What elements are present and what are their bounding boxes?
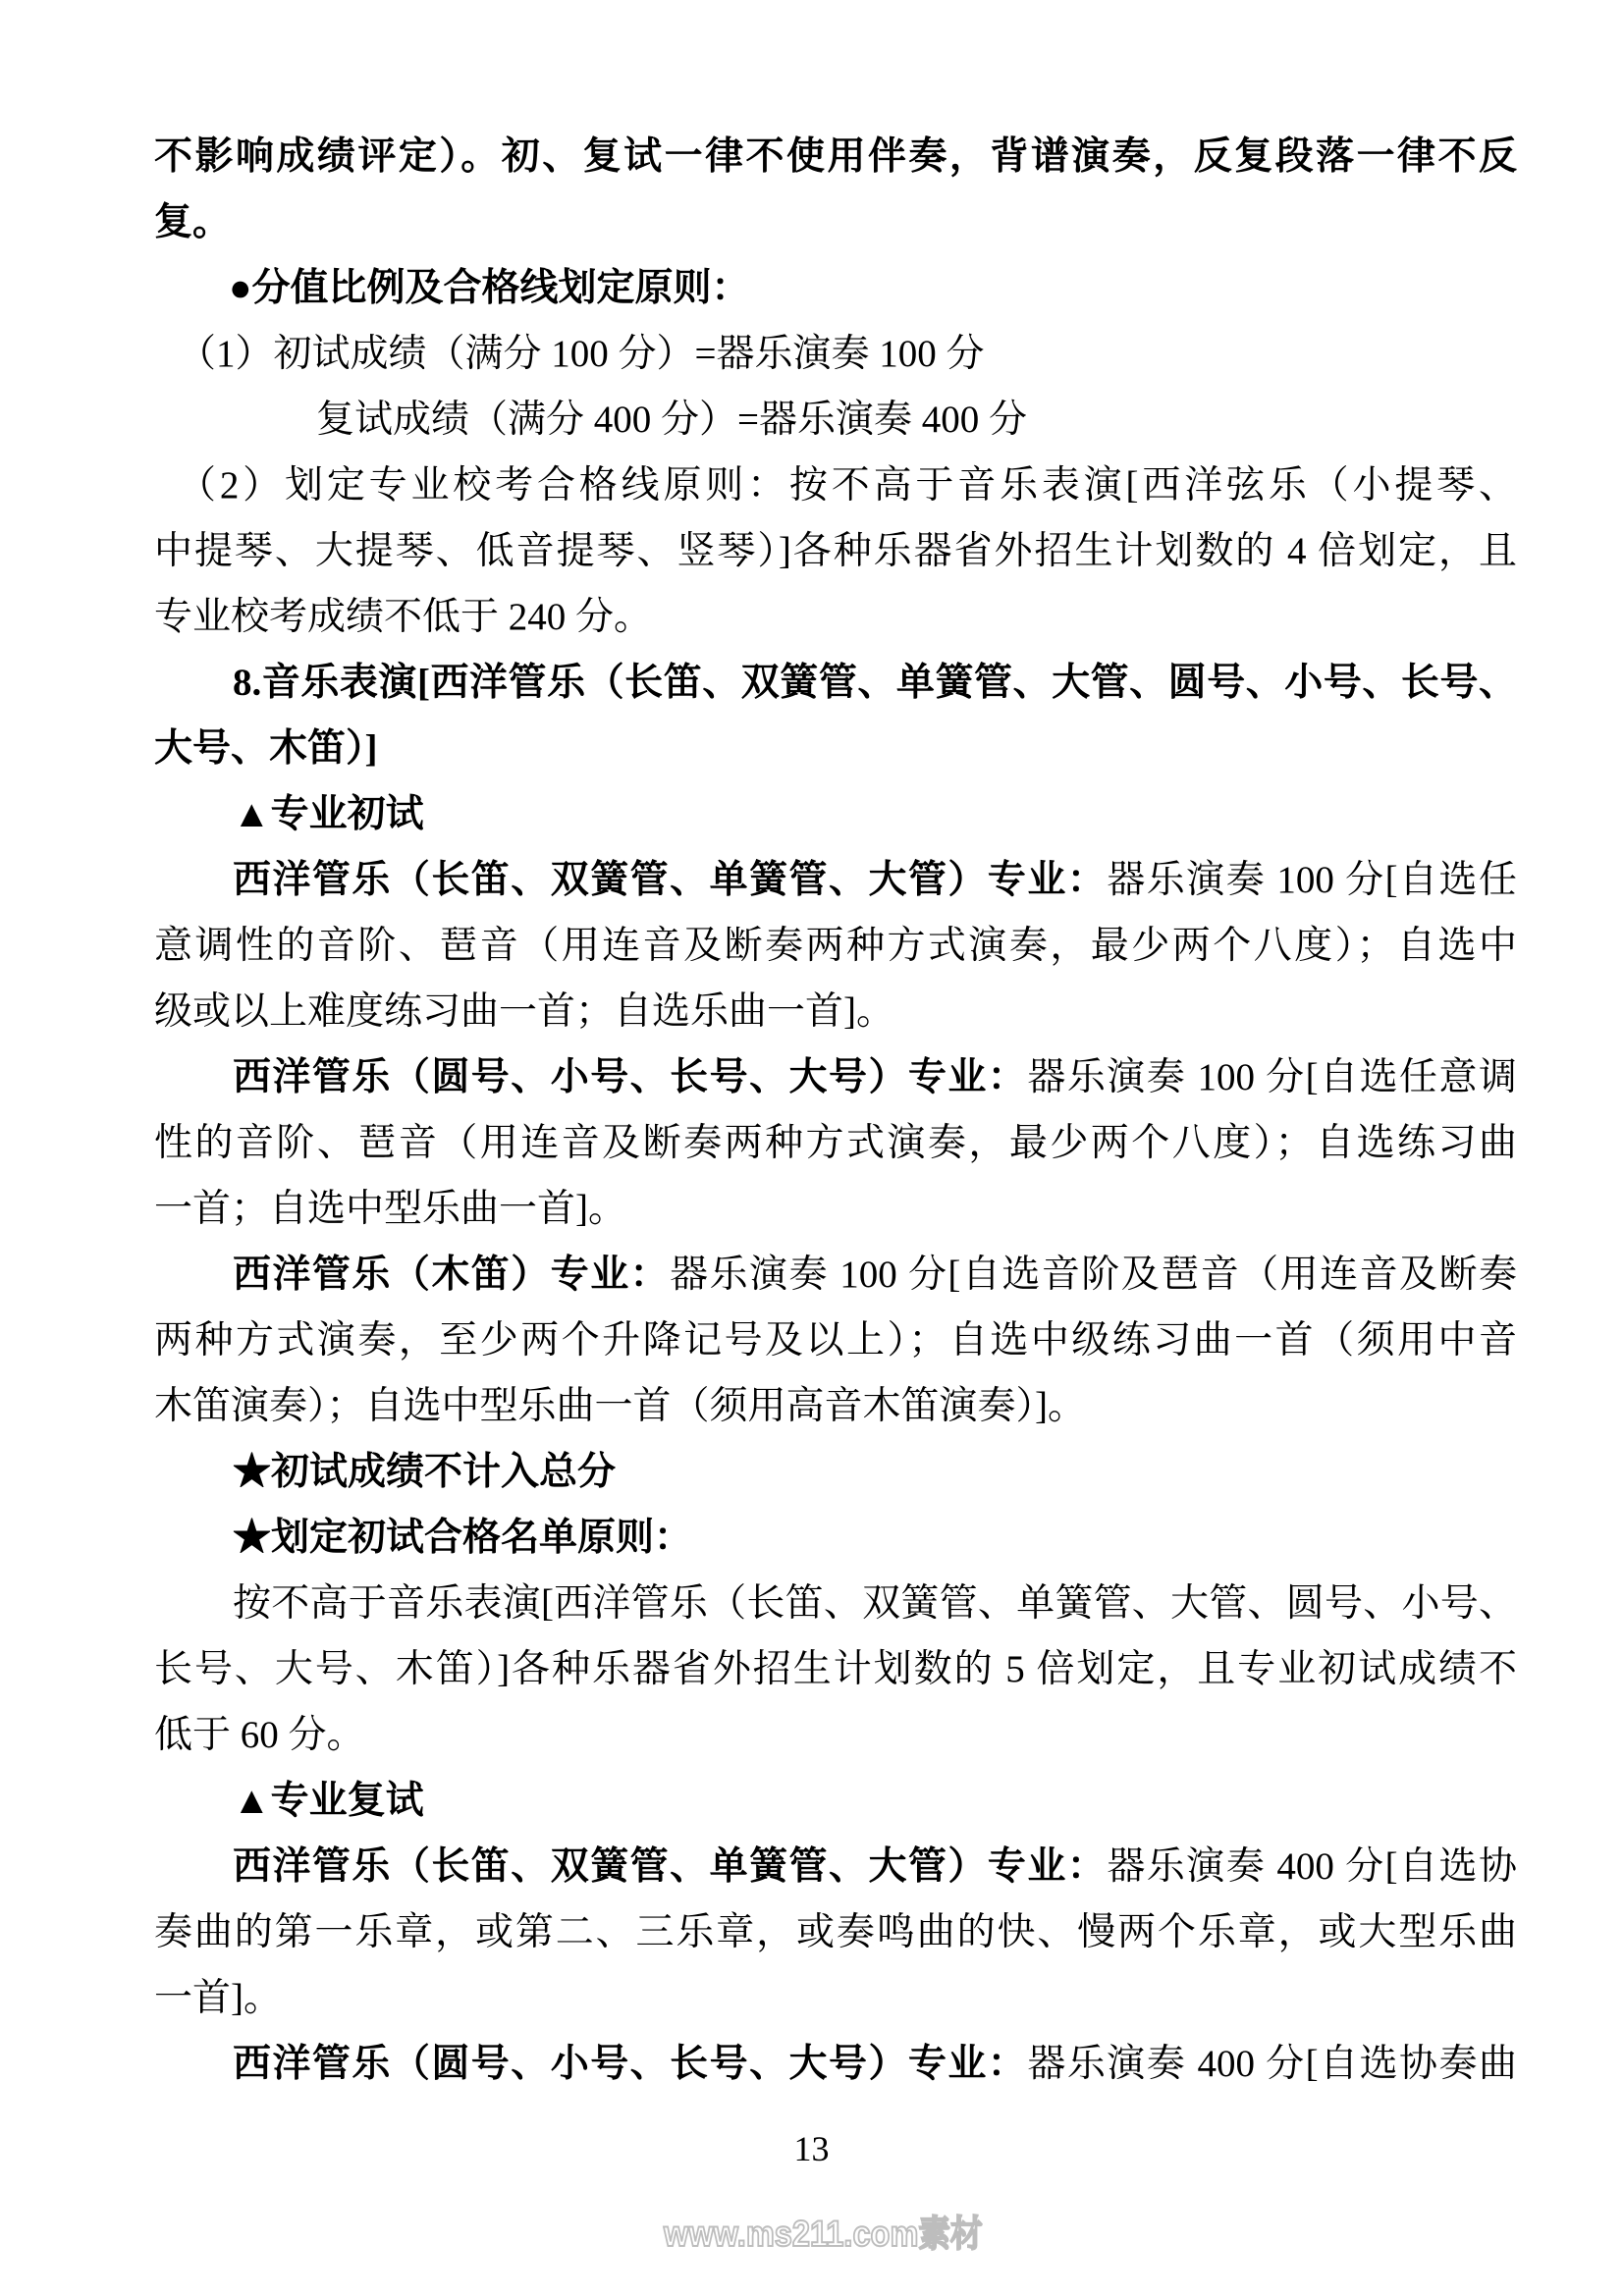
text-segment: 中提琴、大提琴、低音提琴、竖琴）]各种乐器省外招生计划数的 4 倍划定，且 (154, 530, 1517, 572)
text-segment: 器乐演奏 400 分[自选协 (1107, 1845, 1517, 1888)
text-bold-segment: 不影响成绩评定）。初、复试一律不使用伴奏，背谱演奏，反复段落一律不反 (154, 135, 1517, 178)
text-segment: 长号、大号、木笛）]各种乐器省外招生计划数的 5 倍划定，且专业初试成绩不 (154, 1648, 1517, 1690)
text-segment: 意调性的音阶、琶音（用连音及断奏两种方式演奏，最少两个八度）；自选中 (154, 925, 1517, 967)
text-line: 奏曲的第一乐章，或第二、三乐章，或奏鸣曲的快、慢两个乐章，或大型乐曲 (154, 1909, 1517, 1964)
text-bold-segment: 大号、木笛）] (154, 727, 378, 770)
text-line: 中提琴、大提琴、低音提琴、竖琴）]各种乐器省外招生计划数的 4 倍划定，且 (154, 528, 1517, 583)
text-segment: 器乐演奏 100 分[自选音阶及琶音（用连音及断奏 (670, 1254, 1517, 1296)
text-bold-segment: ★初试成绩不计入总分 (233, 1451, 616, 1493)
text-segment: （1）初试成绩（满分 100 分）=器乐演奏 100 分 (178, 333, 985, 375)
text-line: 西洋管乐（长笛、双簧管、单簧管、大管）专业：器乐演奏 100 分[自选任 (154, 857, 1517, 912)
text-bold-segment: ★划定初试合格名单原则： (233, 1517, 692, 1559)
text-bold-segment: 西洋管乐（长笛、双簧管、单簧管、大管）专业： (233, 1845, 1107, 1888)
text-bold-segment: ▲专业复试 (233, 1780, 424, 1822)
text-line: （1）初试成绩（满分 100 分）=器乐演奏 100 分 (154, 331, 1517, 386)
text-line: ▲专业初试 (154, 791, 1517, 846)
text-bold-segment: 西洋管乐（圆号、小号、长号、大号）专业： (233, 2043, 1027, 2085)
text-line: ▲专业复试 (154, 1778, 1517, 1833)
text-segment: 专业校考成绩不低于 240 分。 (154, 596, 652, 638)
text-bold-segment: ●分值比例及合格线划定原则： (229, 267, 750, 309)
text-line: 复试成绩（满分 400 分）=器乐演奏 400 分 (154, 397, 1517, 452)
text-segment: 器乐演奏 100 分[自选任意调 (1027, 1056, 1517, 1098)
text-bold-segment: 西洋管乐（圆号、小号、长号、大号）专业： (233, 1056, 1027, 1098)
text-segment: 器乐演奏 400 分[自选协奏曲 (1027, 2043, 1517, 2085)
text-line: ●分值比例及合格线划定原则： (154, 265, 1517, 320)
text-line: 西洋管乐（圆号、小号、长号、大号）专业：器乐演奏 400 分[自选协奏曲 (154, 2041, 1517, 2096)
text-bold-segment: ▲专业初试 (233, 793, 424, 835)
text-segment: 奏曲的第一乐章，或第二、三乐章，或奏鸣曲的快、慢两个乐章，或大型乐曲 (154, 1911, 1517, 1953)
text-line: 一首；自选中型乐曲一首]。 (154, 1186, 1517, 1241)
text-line: 长号、大号、木笛）]各种乐器省外招生计划数的 5 倍划定，且专业初试成绩不 (154, 1646, 1517, 1701)
text-line: 性的音阶、琶音（用连音及断奏两种方式演奏，最少两个八度）；自选练习曲 (154, 1120, 1517, 1175)
document-page: 不影响成绩评定）。初、复试一律不使用伴奏，背谱演奏，反复段落一律不反 复。 ●分… (0, 0, 1623, 2296)
text-line: 西洋管乐（木笛）专业：器乐演奏 100 分[自选音阶及琶音（用连音及断奏 (154, 1252, 1517, 1307)
text-line: 大号、木笛）] (154, 725, 1517, 780)
text-segment: 性的音阶、琶音（用连音及断奏两种方式演奏，最少两个八度）；自选练习曲 (154, 1122, 1517, 1164)
text-line: 按不高于音乐表演[西洋管乐（长笛、双簧管、单簧管、大管、圆号、小号、 (154, 1580, 1517, 1635)
text-line: ★划定初试合格名单原则： (154, 1515, 1517, 1570)
text-line: 复。 (154, 199, 1517, 254)
text-line: 西洋管乐（长笛、双簧管、单簧管、大管）专业：器乐演奏 400 分[自选协 (154, 1843, 1517, 1898)
text-line: 两种方式演奏，至少两个升降记号及以上）；自选中级练习曲一首（须用中音 (154, 1317, 1517, 1372)
text-segment: 一首]。 (154, 1977, 282, 2019)
text-line: 专业校考成绩不低于 240 分。 (154, 594, 1517, 649)
text-line: 意调性的音阶、琶音（用连音及断奏两种方式演奏，最少两个八度）；自选中 (154, 923, 1517, 978)
text-line: 西洋管乐（圆号、小号、长号、大号）专业：器乐演奏 100 分[自选任意调 (154, 1054, 1517, 1109)
text-line: （2）划定专业校考合格线原则：按不高于音乐表演[西洋弦乐（小提琴、 (154, 462, 1517, 517)
text-segment: 按不高于音乐表演[西洋管乐（长笛、双簧管、单簧管、大管、圆号、小号、 (233, 1582, 1517, 1625)
text-bold-segment: 复。 (154, 201, 231, 243)
text-segment: （2）划定专业校考合格线原则：按不高于音乐表演[西洋弦乐（小提琴、 (178, 464, 1517, 507)
text-bold-segment: 西洋管乐（长笛、双簧管、单簧管、大管）专业： (233, 859, 1107, 901)
text-line: ★初试成绩不计入总分 (154, 1449, 1517, 1504)
text-segment: 低于 60 分。 (154, 1714, 365, 1756)
text-bold-segment: 西洋管乐（木笛）专业： (233, 1254, 670, 1296)
text-segment: 一首；自选中型乐曲一首]。 (154, 1188, 626, 1230)
text-segment: 复试成绩（满分 400 分）=器乐演奏 400 分 (316, 399, 1027, 441)
text-line: 8.音乐表演[西洋管乐（长笛、双簧管、单簧管、大管、圆号、小号、长号、 (154, 660, 1517, 715)
text-line: 不影响成绩评定）。初、复试一律不使用伴奏，背谱演奏，反复段落一律不反 (154, 133, 1517, 188)
text-segment: 级或以上难度练习曲一首；自选乐曲一首]。 (154, 990, 894, 1033)
text-segment: 木笛演奏）；自选中型乐曲一首（须用高音木笛演奏）]。 (154, 1385, 1086, 1427)
text-segment: 两种方式演奏，至少两个升降记号及以上）；自选中级练习曲一首（须用中音 (154, 1319, 1517, 1362)
text-line: 低于 60 分。 (154, 1712, 1517, 1767)
watermark: www.ms211.com素材 (664, 2213, 983, 2256)
text-line: 级或以上难度练习曲一首；自选乐曲一首]。 (154, 988, 1517, 1043)
text-line: 木笛演奏）；自选中型乐曲一首（须用高音木笛演奏）]。 (154, 1383, 1517, 1438)
text-line: 一首]。 (154, 1975, 1517, 2030)
text-segment: 器乐演奏 100 分[自选任 (1107, 859, 1517, 901)
page-number: 13 (0, 2128, 1623, 2169)
text-bold-segment: 8.音乐表演[西洋管乐（长笛、双簧管、单簧管、大管、圆号、小号、长号、 (233, 662, 1517, 704)
